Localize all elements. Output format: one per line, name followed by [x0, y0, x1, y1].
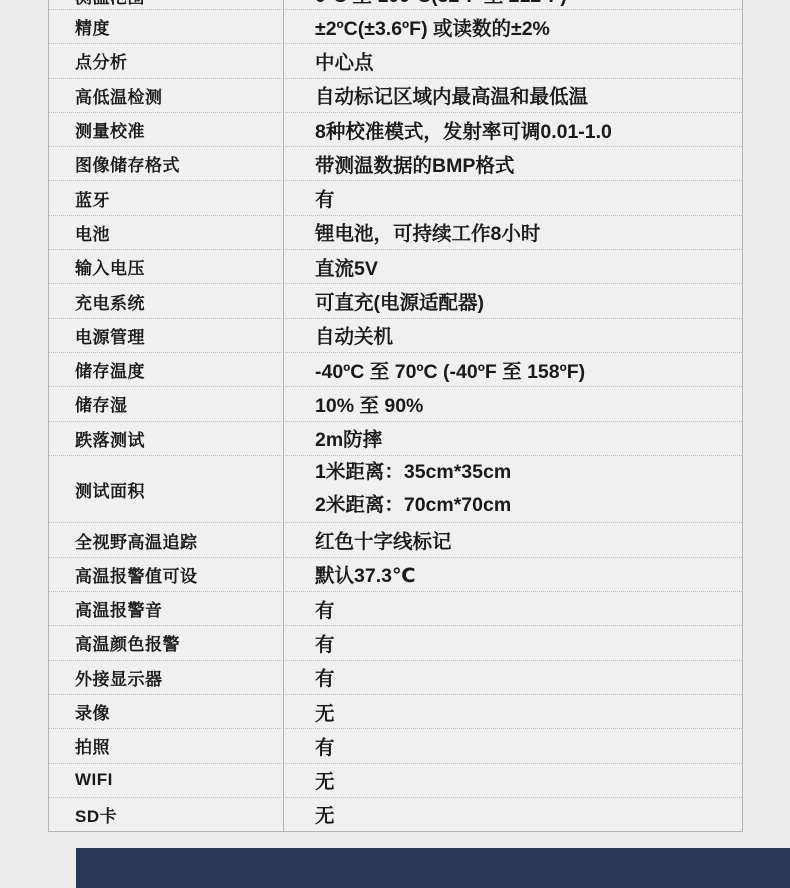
spec-label: 高低温检测 — [49, 79, 284, 112]
bottom-section-band — [76, 848, 790, 888]
spec-label: 输入电压 — [49, 250, 284, 283]
spec-row: 测量校准8种校准模式，发射率可调0.01-1.0 — [49, 113, 742, 147]
spec-value: 默认37.3℃ — [284, 558, 742, 591]
spec-label: 外接显示器 — [49, 661, 284, 694]
spec-row: 拍照有 — [49, 729, 742, 763]
spec-label: 测温范围 — [49, 0, 284, 9]
spec-value: 2m防摔 — [284, 422, 742, 455]
spec-row: 高温报警值可设默认37.3℃ — [49, 558, 742, 592]
spec-value: 可直充(电源适配器) — [284, 284, 742, 317]
spec-value: 有 — [284, 661, 742, 694]
spec-row: 外接显示器有 — [49, 661, 742, 695]
spec-row: 图像储存格式带测温数据的BMP格式 — [49, 147, 742, 181]
spec-value: 自动标记区域内最高温和最低温 — [284, 79, 742, 112]
spec-value: 无 — [284, 798, 742, 831]
spec-value: 直流5V — [284, 250, 742, 283]
spec-row: 录像无 — [49, 695, 742, 729]
spec-label: WIFI — [49, 764, 284, 797]
spec-row: WIFI无 — [49, 764, 742, 798]
spec-value: 有 — [284, 181, 742, 214]
spec-value: 1米距离：35cm*35cm2米距离：70cm*70cm — [284, 456, 742, 523]
spec-label: 储存湿 — [49, 387, 284, 420]
spec-label: SD卡 — [49, 798, 284, 831]
spec-value: 锂电池，可持续工作8小时 — [284, 216, 742, 249]
spec-row: 充电系统可直充(电源适配器) — [49, 284, 742, 318]
spec-label: 电池 — [49, 216, 284, 249]
spec-row: 输入电压直流5V — [49, 250, 742, 284]
spec-value: 红色十字线标记 — [284, 523, 742, 556]
spec-row: 储存温度-40ºC 至 70ºC (-40ºF 至 158ºF) — [49, 353, 742, 387]
spec-value: 无 — [284, 764, 742, 797]
spec-row: 电池锂电池，可持续工作8小时 — [49, 216, 742, 250]
spec-label: 高温报警值可设 — [49, 558, 284, 591]
spec-label: 充电系统 — [49, 284, 284, 317]
spec-label: 测试面积 — [49, 456, 284, 523]
spec-row: 点分析中心点 — [49, 44, 742, 78]
spec-label: 全视野高温追踪 — [49, 523, 284, 556]
spec-row: 精度±2ºC(±3.6ºF) 或读数的±2% — [49, 10, 742, 44]
spec-row: SD卡无 — [49, 798, 742, 831]
spec-label: 图像储存格式 — [49, 147, 284, 180]
spec-value: 0ºC 至 100ºC(32ºF 至 212ºF) — [284, 0, 742, 9]
spec-value: -40ºC 至 70ºC (-40ºF 至 158ºF) — [284, 353, 742, 386]
spec-value: 10% 至 90% — [284, 387, 742, 420]
spec-label: 储存温度 — [49, 353, 284, 386]
spec-label: 跌落测试 — [49, 422, 284, 455]
spec-row: 跌落测试2m防摔 — [49, 422, 742, 456]
spec-row: 全视野高温追踪红色十字线标记 — [49, 523, 742, 557]
spec-label: 录像 — [49, 695, 284, 728]
spec-label: 高温颜色报警 — [49, 626, 284, 659]
spec-value: 带测温数据的BMP格式 — [284, 147, 742, 180]
spec-value: 无 — [284, 695, 742, 728]
product-spec-page: 测温范围0ºC 至 100ºC(32ºF 至 212ºF)精度±2ºC(±3.6… — [0, 0, 790, 888]
spec-label: 电源管理 — [49, 319, 284, 352]
spec-value: 有 — [284, 729, 742, 762]
spec-label: 拍照 — [49, 729, 284, 762]
spec-label: 点分析 — [49, 44, 284, 77]
spec-value: 中心点 — [284, 44, 742, 77]
spec-row: 测温范围0ºC 至 100ºC(32ºF 至 212ºF) — [49, 0, 742, 10]
spec-value: 有 — [284, 626, 742, 659]
spec-row: 高温报警音有 — [49, 592, 742, 626]
spec-table: 测温范围0ºC 至 100ºC(32ºF 至 212ºF)精度±2ºC(±3.6… — [48, 0, 743, 832]
spec-label: 精度 — [49, 10, 284, 43]
spec-row: 高温颜色报警有 — [49, 626, 742, 660]
spec-row: 储存湿10% 至 90% — [49, 387, 742, 421]
spec-row: 高低温检测自动标记区域内最高温和最低温 — [49, 79, 742, 113]
spec-value: ±2ºC(±3.6ºF) 或读数的±2% — [284, 10, 742, 43]
spec-label: 测量校准 — [49, 113, 284, 146]
spec-row: 蓝牙有 — [49, 181, 742, 215]
spec-label: 蓝牙 — [49, 181, 284, 214]
spec-value: 8种校准模式，发射率可调0.01-1.0 — [284, 113, 742, 146]
spec-value: 自动关机 — [284, 319, 742, 352]
spec-row: 电源管理自动关机 — [49, 319, 742, 353]
spec-label: 高温报警音 — [49, 592, 284, 625]
spec-row: 测试面积1米距离：35cm*35cm2米距离：70cm*70cm — [49, 456, 742, 524]
spec-value: 有 — [284, 592, 742, 625]
